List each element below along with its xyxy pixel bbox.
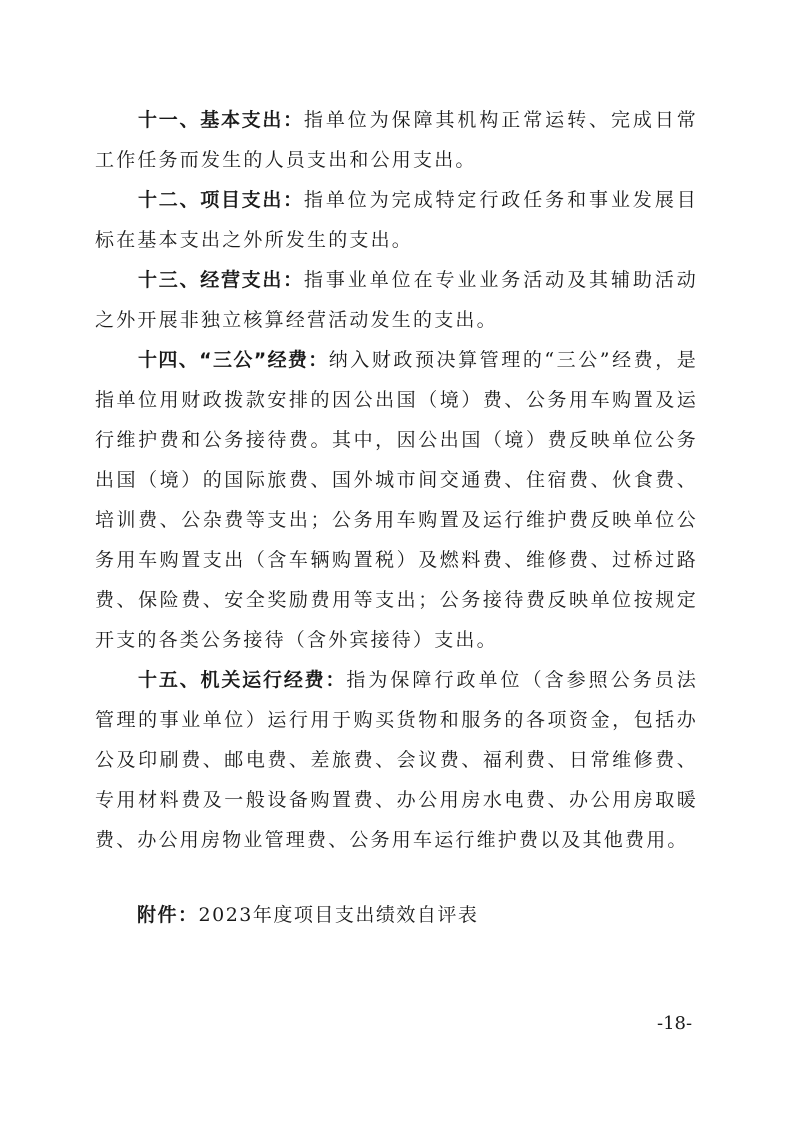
definition-basic-expenditure: 十一、基本支出：指单位为保障其机构正常运转、完成日常工作任务而发生的人员支出和公…: [95, 100, 698, 180]
attachment-label: 附件：: [137, 904, 199, 926]
term-heading: 十二、项目支出：: [138, 189, 304, 211]
definition-operating-expenditure: 十三、经营支出：指事业单位在专业业务活动及其辅助活动之外开展非独立核算经营活动发…: [95, 260, 698, 340]
term-heading: 十三、经营支出：: [138, 269, 304, 291]
definition-project-expenditure: 十二、项目支出：指单位为完成特定行政任务和事业发展目标在基本支出之外所发生的支出…: [95, 180, 698, 260]
definition-agency-operating-funds: 十五、机关运行经费：指为保障行政单位（含参照公务员法管理的事业单位）运行用于购买…: [95, 660, 698, 860]
definition-three-public-expenses: 十四、“三公”经费：纳入财政预决算管理的“三公”经费，是指单位用财政拨款安排的因…: [95, 340, 698, 660]
attachment-title: 2023年度项目支出绩效自评表: [199, 904, 479, 926]
term-heading: 十四、“三公”经费：: [138, 349, 329, 371]
term-body: 指为保障行政单位（含参照公务员法管理的事业单位）运行用于购买货物和服务的各项资金…: [95, 669, 698, 851]
term-heading: 十一、基本支出：: [138, 109, 304, 131]
term-heading: 十五、机关运行经费：: [138, 669, 346, 691]
attachment-line: 附件：2023年度项目支出绩效自评表: [137, 900, 478, 927]
document-body: 十一、基本支出：指单位为保障其机构正常运转、完成日常工作任务而发生的人员支出和公…: [95, 100, 698, 860]
page-number: -18-: [657, 1013, 692, 1034]
term-body: 纳入财政预决算管理的“三公”经费，是指单位用财政拨款安排的因公出国（境）费、公务…: [95, 349, 698, 651]
